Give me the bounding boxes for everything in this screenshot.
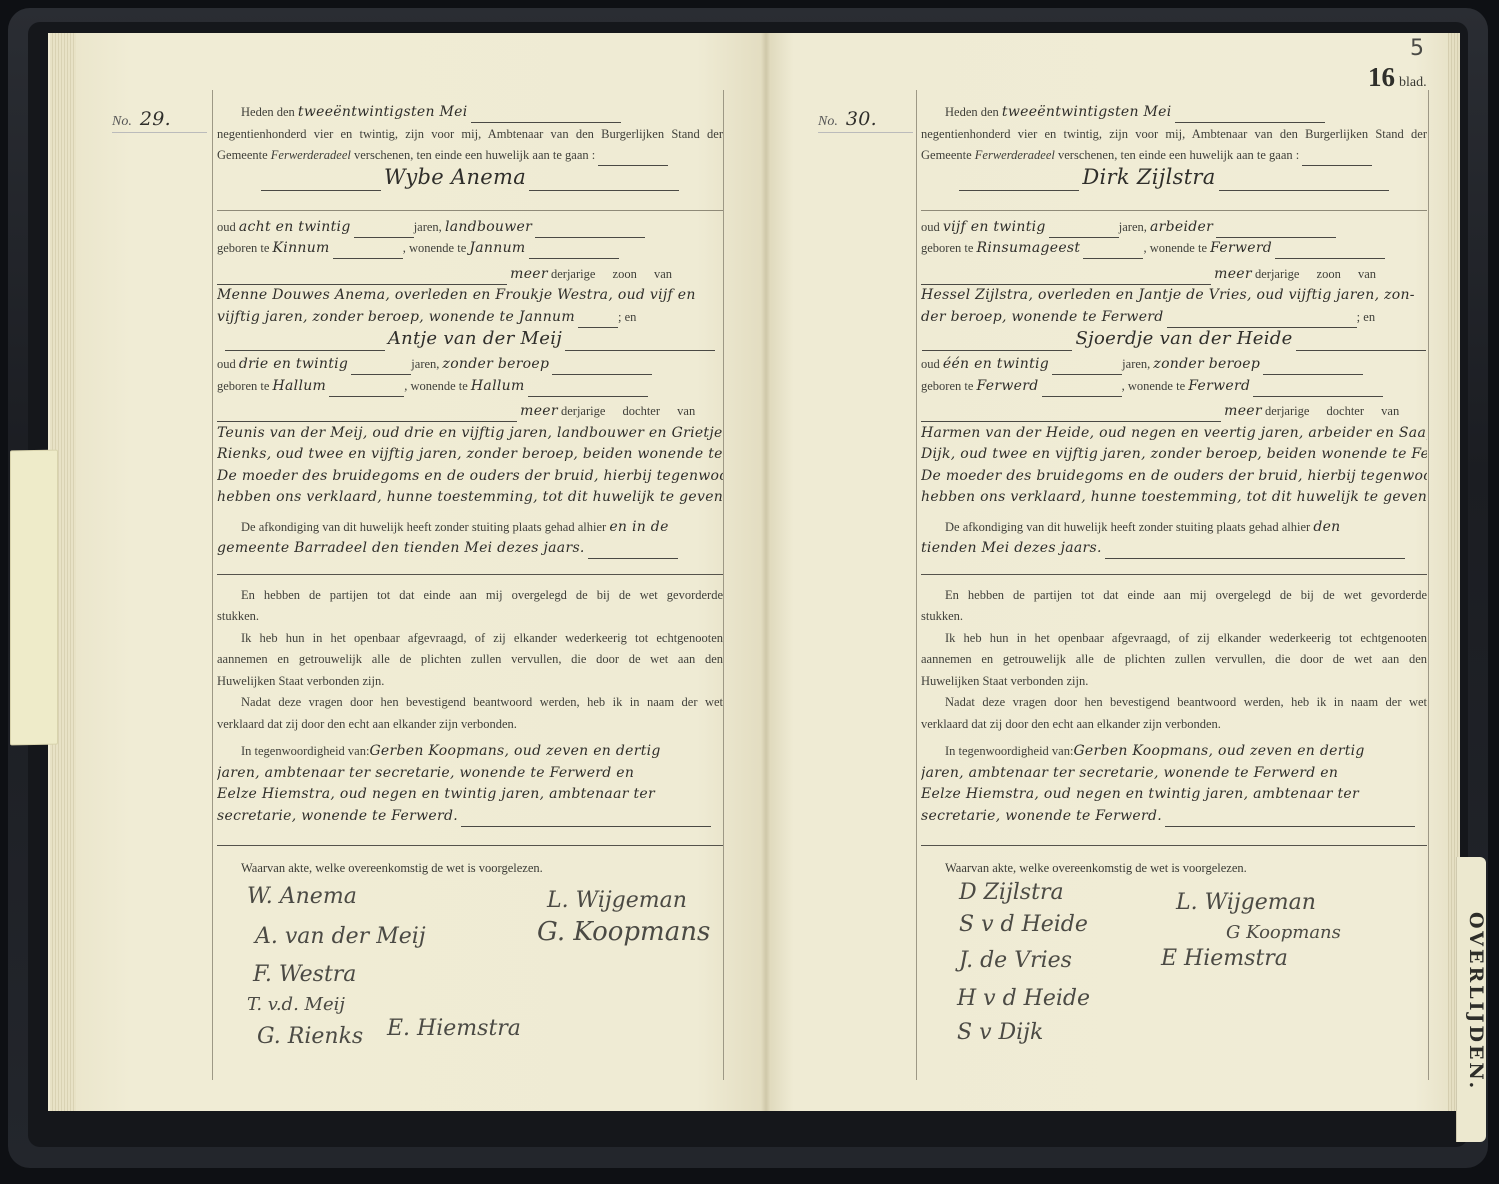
proclamation: tienden Mei dezes jaars. (921, 540, 1102, 556)
signatures: W. Anema A. van der Meij F. Westra T. v.… (217, 880, 723, 1090)
groom-parents: Menne Douwes Anema, overleden en Froukje… (217, 285, 723, 307)
paper-tab-left (10, 450, 58, 746)
signature: G. Rienks (257, 1026, 363, 1047)
bride-name: Sjoerdje van der Heide (1075, 328, 1292, 349)
bride-name: Antje van der Meij (388, 328, 562, 349)
act-content: Heden den tweeëntwintigsten Mei negentie… (921, 102, 1427, 1090)
bride-residence: Hallum (471, 378, 525, 394)
groom-age: acht en twintig (239, 219, 351, 235)
index-tab-label: OVERLIJDEN. (1457, 867, 1487, 1137)
act-content: Heden den tweeëntwintigsten Mei negentie… (217, 102, 723, 1090)
groom-occupation: arbeider (1150, 219, 1213, 235)
signature: E Hiemstra (1161, 948, 1288, 969)
groom-name: Wybe Anema (384, 167, 526, 189)
act-number: No.30. (818, 108, 913, 133)
date-line: Heden den tweeëntwintigsten Mei (921, 102, 1427, 124)
groom-age: vijf en twintig (943, 219, 1046, 235)
signature: A. van der Meij (255, 926, 426, 947)
bride-age: één en twintig (943, 356, 1049, 372)
book-gutter (761, 33, 771, 1111)
municipality: Ferwerderadeel (271, 148, 351, 162)
groom-occupation: landbouwer (445, 219, 532, 235)
signature: J. de Vries (959, 950, 1072, 971)
groom-residence: Ferwerd (1210, 240, 1272, 256)
act-number: No.29. (112, 108, 207, 133)
pencil-leaf-number: 5 (1410, 36, 1424, 61)
signature-registrar: L. Wijgeman (547, 890, 687, 911)
bride-occupation: zonder beroep (443, 356, 550, 372)
bride-parents: Teunis van der Meij, oud drie en vijftig… (217, 423, 723, 445)
witnesses: Gerben Koopmans, oud zeven en dertig (1073, 743, 1364, 759)
signature: F. Westra (253, 964, 356, 985)
signatures: D Zijlstra S v d Heide J. de Vries H v d… (921, 880, 1427, 1090)
index-tab-overlijden[interactable]: OVERLIJDEN. (1456, 857, 1486, 1142)
page-number-value: 16 (1368, 62, 1395, 92)
bride-occupation: zonder beroep (1153, 356, 1260, 372)
bride-birthplace: Ferwerd (977, 378, 1039, 394)
groom-birthplace: Rinsumageest (977, 240, 1081, 256)
act-date: tweeëntwintigsten Mei (298, 104, 468, 120)
act-date: tweeëntwintigsten Mei (1002, 104, 1172, 120)
date-line: Heden den tweeëntwintigsten Mei (217, 102, 723, 124)
signature: E. Hiemstra (387, 1018, 521, 1039)
bride-parents: Harmen van der Heide, oud negen en veert… (921, 423, 1427, 445)
signature: G Koopmans (1226, 922, 1341, 943)
signature-registrar: L. Wijgeman (1176, 892, 1316, 913)
signature: S v d Heide (959, 914, 1088, 935)
groom-name: Dirk Zijlstra (1082, 167, 1215, 189)
bride-age: drie en twintig (239, 356, 348, 372)
page-number-label: blad. (1399, 75, 1427, 90)
consent-statement: De moeder des bruidegoms en de ouders de… (921, 466, 1427, 488)
signature: D Zijlstra (959, 882, 1064, 903)
signature: T. v.d. Meij (247, 994, 345, 1015)
municipality: Ferwerderadeel (975, 148, 1055, 162)
groom-birthplace: Kinnum (273, 240, 330, 256)
proclamation: gemeente Barradeel den tienden Mei dezes… (217, 540, 585, 556)
groom-parents: Hessel Zijlstra, overleden en Jantje de … (921, 285, 1427, 307)
bride-birthplace: Hallum (273, 378, 327, 394)
bride-residence: Ferwerd (1188, 378, 1250, 394)
groom-residence: Jannum (469, 240, 525, 256)
consent-statement: De moeder des bruidegoms en de ouders de… (217, 466, 723, 488)
witnesses: Gerben Koopmans, oud zeven en dertig (369, 743, 660, 759)
act-frame: Heden den tweeëntwintigsten Mei negentie… (916, 90, 1429, 1080)
signature: W. Anema (247, 886, 357, 907)
page-number: 16blad. (1368, 62, 1427, 93)
signature: G. Koopmans (537, 922, 710, 943)
act-frame: Heden den tweeëntwintigsten Mei negentie… (212, 90, 724, 1080)
signature: S v Dijk (957, 1022, 1043, 1043)
signature: H v d Heide (957, 988, 1090, 1009)
